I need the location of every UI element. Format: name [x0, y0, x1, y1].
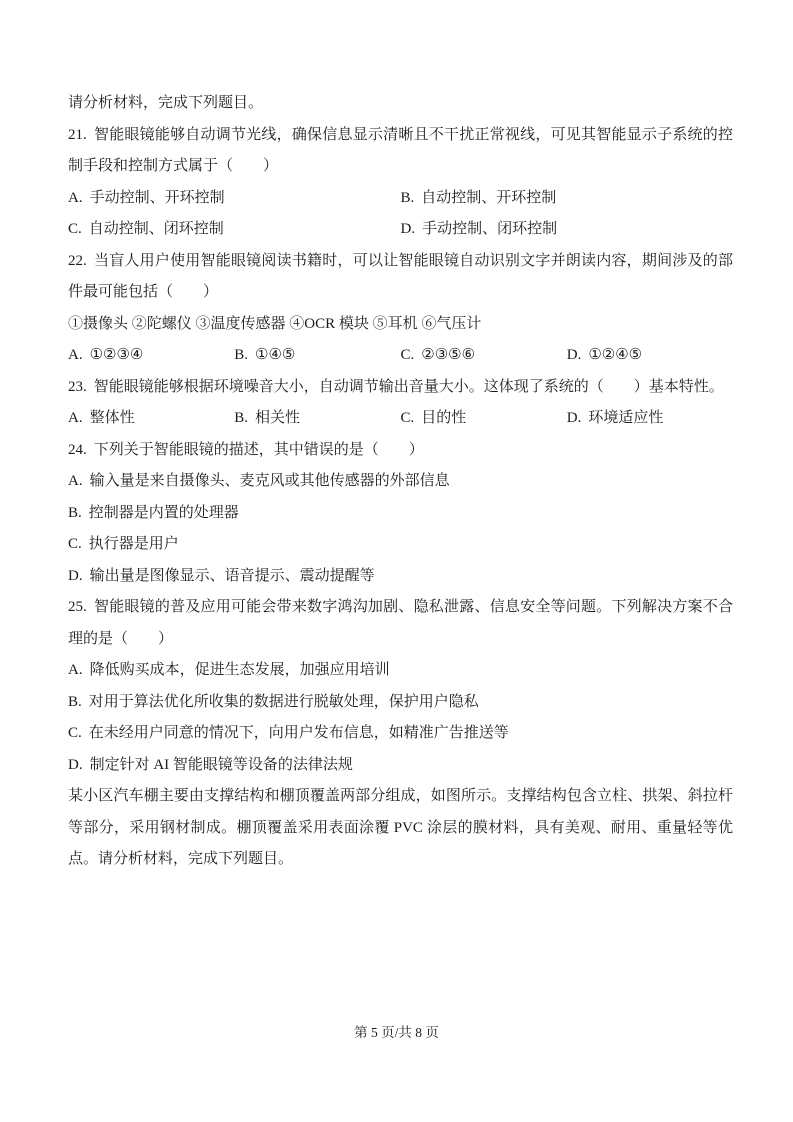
- option-text: 自动控制、闭环控制: [89, 221, 224, 237]
- option-b: B.①④⑤: [234, 340, 400, 372]
- option-text: 输出量是图像显示、语音提示、震动提醒等: [90, 568, 375, 584]
- question-number: 21.: [68, 127, 87, 143]
- option-c: C.执行器是用户: [68, 529, 733, 561]
- option-label: C.: [68, 725, 82, 741]
- question-text: 智能眼镜的普及应用可能会带来数字鸿沟加剧、隐私泄露、信息安全等问题。下列解决方案…: [68, 599, 733, 647]
- option-d: D.输出量是图像显示、语音提示、震动提醒等: [68, 561, 733, 593]
- option-a: A.降低购买成本，促进生态发展，加强应用培训: [68, 655, 733, 687]
- question-stem: 25.智能眼镜的普及应用可能会带来数字鸿沟加剧、隐私泄露、信息安全等问题。下列解…: [68, 592, 733, 655]
- option-c: C.在未经用户同意的情况下，向用户发布信息，如精准广告推送等: [68, 718, 733, 750]
- option-text: 手动控制、开环控制: [90, 190, 225, 206]
- question-number: 24.: [68, 442, 87, 458]
- option-d: D.①②④⑤: [567, 340, 733, 372]
- question-text: 智能眼镜能够根据环境噪音大小，自动调节输出音量大小。这体现了系统的（ ）基本特性…: [94, 379, 724, 395]
- option-label: A.: [68, 410, 83, 426]
- option-text: ①②④⑤: [588, 347, 642, 363]
- option-label: A.: [68, 190, 83, 206]
- option-label: B.: [234, 410, 248, 426]
- option-label: D.: [401, 221, 416, 237]
- question-24: 24.下列关于智能眼镜的描述，其中错误的是（ ） A.输入量是来自摄像头、麦克风…: [68, 435, 733, 593]
- option-a: A.①②③④: [68, 340, 234, 372]
- option-label: D.: [567, 347, 582, 363]
- option-c: C.自动控制、闭环控制: [68, 214, 401, 246]
- option-label: C.: [401, 410, 415, 426]
- option-text: 在未经用户同意的情况下，向用户发布信息，如精准广告推送等: [89, 725, 509, 741]
- exam-page: 请分析材料，完成下列题目。 21.智能眼镜能够自动调节光线，确保信息显示清晰且不…: [0, 0, 793, 1122]
- question-stem: 24.下列关于智能眼镜的描述，其中错误的是（ ）: [68, 435, 733, 467]
- numbered-items-line: ①摄像头 ②陀螺仪 ③温度传感器 ④OCR 模块 ⑤耳机 ⑥气压计: [68, 309, 733, 341]
- option-label: D.: [68, 568, 83, 584]
- option-label: D.: [68, 757, 83, 773]
- option-d: D.制定针对 AI 智能眼镜等设备的法律法规: [68, 750, 733, 782]
- question-number: 22.: [68, 253, 87, 269]
- question-stem: 21.智能眼镜能够自动调节光线，确保信息显示清晰且不干扰正常视线，可见其智能显示…: [68, 120, 733, 183]
- option-label: B.: [68, 505, 82, 521]
- option-label: B.: [68, 694, 82, 710]
- option-d: D.环境适应性: [567, 403, 733, 435]
- material-paragraph: 某小区汽车棚主要由支撑结构和棚顶覆盖两部分组成，如图所示。支撑结构包含立柱、拱架…: [68, 781, 733, 876]
- option-b: B.对用于算法优化所收集的数据进行脱敏处理，保护用户隐私: [68, 687, 733, 719]
- option-b: B.相关性: [234, 403, 400, 435]
- option-a: A.手动控制、开环控制: [68, 183, 401, 215]
- option-b: B.自动控制、开环控制: [401, 183, 734, 215]
- option-text: ②③⑤⑥: [421, 347, 475, 363]
- option-label: A.: [68, 473, 83, 489]
- option-text: 输入量是来自摄像头、麦克风或其他传感器的外部信息: [90, 473, 450, 489]
- option-label: A.: [68, 347, 83, 363]
- option-text: ①②③④: [90, 347, 144, 363]
- intro-paragraph: 请分析材料，完成下列题目。: [68, 88, 733, 120]
- option-c: C.②③⑤⑥: [401, 340, 567, 372]
- option-label: C.: [68, 536, 82, 552]
- option-text: 整体性: [90, 410, 135, 426]
- question-22: 22.当盲人用户使用智能眼镜阅读书籍时，可以让智能眼镜自动识别文字并朗读内容，期…: [68, 246, 733, 372]
- option-text: 降低购买成本，促进生态发展，加强应用培训: [90, 662, 390, 678]
- options-group: A.输入量是来自摄像头、麦克风或其他传感器的外部信息 B.控制器是内置的处理器 …: [68, 466, 733, 592]
- question-text: 当盲人用户使用智能眼镜阅读书籍时，可以让智能眼镜自动识别文字并朗读内容，期间涉及…: [68, 253, 733, 301]
- option-label: C.: [401, 347, 415, 363]
- option-text: ①④⑤: [255, 347, 295, 363]
- option-label: A.: [68, 662, 83, 678]
- option-label: D.: [567, 410, 582, 426]
- question-number: 25.: [68, 599, 87, 615]
- options-group: A.①②③④ B.①④⑤ C.②③⑤⑥ D.①②④⑤: [68, 340, 733, 372]
- option-text: 环境适应性: [588, 410, 663, 426]
- question-stem: 23.智能眼镜能够根据环境噪音大小，自动调节输出音量大小。这体现了系统的（ ）基…: [68, 372, 733, 404]
- option-text: 自动控制、开环控制: [421, 190, 556, 206]
- question-text: 下列关于智能眼镜的描述，其中错误的是（ ）: [94, 442, 424, 458]
- question-25: 25.智能眼镜的普及应用可能会带来数字鸿沟加剧、隐私泄露、信息安全等问题。下列解…: [68, 592, 733, 781]
- question-number: 23.: [68, 379, 87, 395]
- option-label: B.: [401, 190, 415, 206]
- question-stem: 22.当盲人用户使用智能眼镜阅读书籍时，可以让智能眼镜自动识别文字并朗读内容，期…: [68, 246, 733, 309]
- option-text: 制定针对 AI 智能眼镜等设备的法律法规: [90, 757, 353, 773]
- page-footer: 第 5 页/共 8 页: [0, 1022, 793, 1044]
- option-text: 手动控制、闭环控制: [422, 221, 557, 237]
- option-text: 目的性: [421, 410, 466, 426]
- option-a: A.整体性: [68, 403, 234, 435]
- question-23: 23.智能眼镜能够根据环境噪音大小，自动调节输出音量大小。这体现了系统的（ ）基…: [68, 372, 733, 435]
- question-text: 智能眼镜能够自动调节光线，确保信息显示清晰且不干扰正常视线，可见其智能显示子系统…: [68, 127, 733, 175]
- option-c: C.目的性: [401, 403, 567, 435]
- option-text: 相关性: [255, 410, 300, 426]
- option-text: 对用于算法优化所收集的数据进行脱敏处理，保护用户隐私: [89, 694, 479, 710]
- option-label: C.: [68, 221, 82, 237]
- options-group: A.整体性 B.相关性 C.目的性 D.环境适应性: [68, 403, 733, 435]
- option-d: D.手动控制、闭环控制: [401, 214, 734, 246]
- option-b: B.控制器是内置的处理器: [68, 498, 733, 530]
- options-group: A.降低购买成本，促进生态发展，加强应用培训 B.对用于算法优化所收集的数据进行…: [68, 655, 733, 781]
- options-group: A.手动控制、开环控制 B.自动控制、开环控制 C.自动控制、闭环控制 D.手动…: [68, 183, 733, 246]
- option-a: A.输入量是来自摄像头、麦克风或其他传感器的外部信息: [68, 466, 733, 498]
- option-text: 控制器是内置的处理器: [89, 505, 239, 521]
- option-text: 执行器是用户: [89, 536, 179, 552]
- question-21: 21.智能眼镜能够自动调节光线，确保信息显示清晰且不干扰正常视线，可见其智能显示…: [68, 120, 733, 246]
- option-label: B.: [234, 347, 248, 363]
